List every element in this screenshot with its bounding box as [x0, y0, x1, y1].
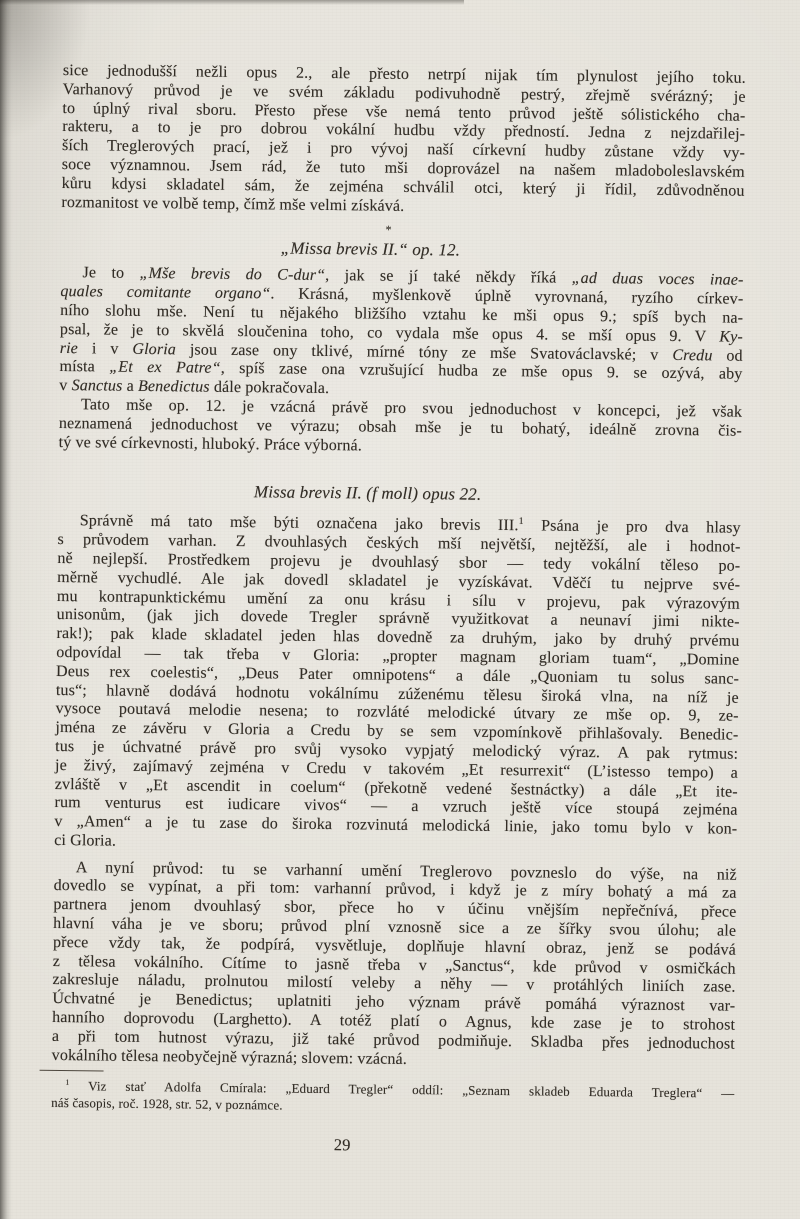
italic-text-run: „Missa brevis II.“ op. 12. [281, 239, 461, 260]
italic-text-run: Ky- [719, 328, 743, 345]
italic-text-run: „Et ex Patre“ [109, 359, 221, 377]
text-run: , jak se jí také někdy říká [325, 267, 572, 287]
page-number: 29 [1, 1133, 684, 1160]
italic-text-run: Missa brevis II. (f moll) opus 22. [254, 483, 482, 505]
scan-edge-shadow-top [0, 0, 464, 5]
text-run: a [122, 378, 138, 395]
text-run: dále pokračovala. [210, 379, 330, 397]
italic-text-run: Gloria [132, 340, 176, 357]
scan-corner-shadow [0, 0, 120, 160]
text-run: Psána je pro dva hlasy [524, 518, 741, 537]
paragraph: Správně má tato mše býti označena jako b… [54, 512, 741, 858]
book-page-scan: sice jednodušší nežli opus 2., ale přest… [0, 0, 800, 1219]
text-run: náš časopis, roč. 1928, str. 52, v pozná… [51, 1095, 283, 1113]
italic-text-run: „ad duas voces inae- [572, 270, 744, 289]
italic-text-run: Sanctus [72, 377, 123, 395]
italic-text-run: „Mše brevis do C-dur“ [139, 265, 325, 284]
italic-text-run: Benedictus [138, 378, 210, 396]
text-run: ci Gloria. [54, 832, 116, 850]
section-heading: Missa brevis II. (f moll) opus 22. [26, 478, 709, 510]
paragraph: Je to „Mše brevis do C-dur“, jak se jí t… [59, 264, 743, 403]
paragraph: sice jednodušší nežli opus 2., ale přest… [61, 62, 746, 220]
text-run: Je to [83, 265, 140, 283]
footnote-separator-rule [40, 1070, 104, 1072]
text-blocks: sice jednodušší nežli opus 2., ale přest… [51, 62, 746, 1119]
text-column: sice jednodušší nežli opus 2., ale přest… [51, 62, 746, 1160]
footnote: 1 Viz stať Adolfa Cmírala: „Eduard Tregl… [51, 1077, 734, 1119]
text-run: od [712, 347, 742, 364]
italic-text-run: rie [60, 340, 78, 357]
text-run: v [59, 377, 72, 394]
italic-text-run: Credu [672, 346, 712, 363]
italic-text-run: quales comitante organo“ [60, 283, 270, 302]
text-run: i v [78, 340, 133, 358]
text-run: tý ve své církevnosti, hluboký. Práce vý… [59, 434, 362, 454]
text-run: vokálního tělesa neobyčejně výrazná; slo… [52, 1047, 407, 1068]
text-run: místa [59, 358, 109, 376]
paragraph: Tato mše op. 12. je vzácná právě pro svo… [59, 396, 743, 460]
text-run: rozmanitost ve volbě temp, čímž mše velm… [61, 194, 404, 215]
scan-edge-shadow-left [0, 0, 12, 1219]
paragraph: A nyní průvod: tu se varhanní umění Treg… [52, 859, 737, 1074]
